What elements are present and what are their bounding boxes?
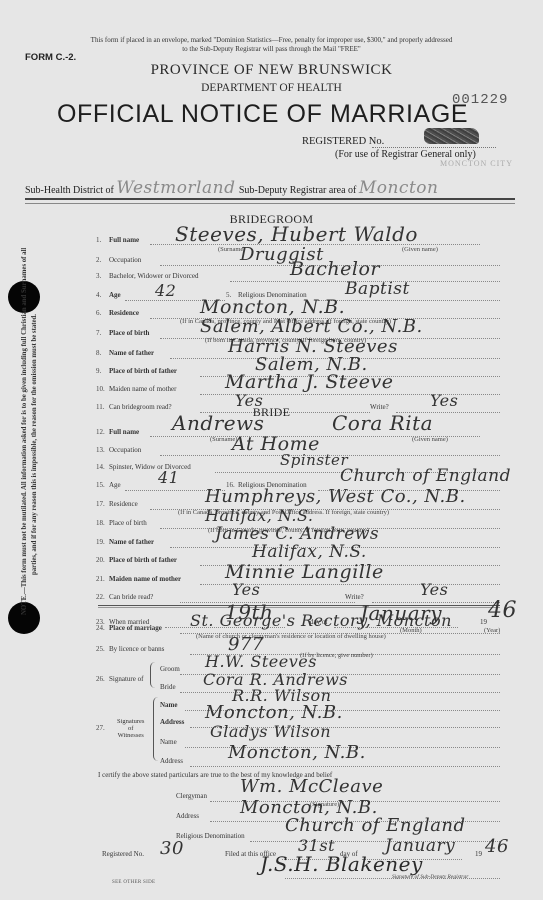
field-number: 25. (96, 645, 110, 653)
field-number: 8. (96, 349, 110, 357)
witnesses-label-line1: Signatures (117, 718, 144, 725)
groom-age-value: 42 (155, 281, 176, 300)
groom-mother-value: Martha J. Steeve (225, 371, 393, 393)
field-number: 9. (96, 367, 110, 375)
sub-health-value: Westmorland (116, 178, 236, 199)
place-caption: (Name of church or clergyman's residence… (196, 633, 386, 640)
groom-signature-value: H.W. Steeves (205, 652, 317, 671)
field-number: 13. (96, 446, 110, 454)
bride-heading: BRIDE (0, 405, 543, 420)
clergyman-denomination-label: Religious Denomination (176, 832, 245, 840)
field-number: 2. (96, 256, 110, 264)
field-number: 19. (96, 538, 110, 546)
groom-residence-label: Residence (109, 309, 139, 317)
header-separator (25, 198, 515, 204)
document-title: OFFICIAL NOTICE OF MARRIAGE (57, 100, 468, 129)
witnesses-label-line2: of (117, 725, 144, 732)
field-number: 6. (96, 309, 110, 317)
signature-brace (150, 662, 155, 688)
bride-surname-value: Andrews (172, 411, 264, 435)
serial-number: 001229 (452, 92, 508, 108)
field-number: 1. (96, 236, 110, 244)
groom-fullname-value: Steeves, Hubert Waldo (175, 222, 418, 246)
licence-label: By licence or banns (109, 645, 164, 653)
field-number: 3. (96, 272, 110, 280)
bride-read-value: Yes (232, 580, 260, 599)
field-number: 22. (96, 593, 110, 601)
place-of-marriage-label: Place of marriage (109, 624, 162, 632)
bride-signature-label: Bride (160, 683, 176, 691)
redacted-scribble (424, 128, 479, 144)
groom-marital-label: Bachelor, Widower or Divorced (109, 272, 199, 280)
witnesses-label: Signatures of Witnesses (117, 718, 144, 739)
groom-father-label: Name of father (109, 349, 154, 357)
witnesses-label-line3: Witnesses (117, 732, 144, 739)
sub-deputy-label: Sub-Deputy Registrar area of (239, 185, 356, 196)
clergyman-label: Clergyman (176, 792, 207, 800)
groom-fullname-label: Full name (109, 236, 139, 244)
field-number: 20. (96, 556, 110, 564)
bride-given-value: Cora Rita (332, 411, 433, 435)
sub-health-label: Sub-Health District of (25, 185, 114, 196)
see-other-side: SEE OTHER SIDE (112, 880, 155, 885)
field-number: 26. (96, 675, 110, 683)
bride-age-label: Age (109, 481, 121, 489)
groom-mother-label: Maiden name of mother (109, 385, 176, 393)
married-year-value: 46 (488, 598, 517, 623)
bride-father-birthplace-label: Place of birth of father (109, 556, 177, 564)
groom-marital-value: Bachelor (290, 258, 380, 280)
bride-birthplace-label: Place of birth (109, 519, 147, 527)
faint-stamp: MONCTON CITY (440, 159, 513, 168)
bride-fullname-label: Full name (109, 428, 139, 436)
groom-signature-label: Groom (160, 665, 180, 673)
postal-notice: This form if placed in an envelope, mark… (0, 36, 543, 54)
bride-read-label: Can bride read? (109, 593, 153, 601)
clergyman-denomination-value: Church of England (285, 815, 466, 836)
given-name-caption: (Given name) (402, 246, 438, 253)
witness2-address-value: Moncton, N.B. (228, 742, 366, 763)
field-number: 10. (96, 385, 110, 393)
field-number: 27. (96, 724, 110, 732)
field-number: 14. (96, 463, 110, 471)
registrar-signature-value: J.S.H. Blakeney (260, 852, 423, 876)
registered-no-bottom-label: Registered No. (102, 850, 144, 858)
postal-notice-line2: to the Sub-Deputy Registrar will pass th… (0, 45, 543, 54)
field-number: 4. (96, 291, 110, 299)
postal-notice-line1: This form if placed in an envelope, mark… (0, 36, 543, 45)
groom-birthplace-label: Place of birth (109, 329, 149, 337)
field-number: 15. (96, 481, 110, 489)
groom-religion-value: Baptist (345, 279, 410, 299)
bride-father-label: Name of father (109, 538, 154, 546)
province-heading: PROVINCE OF NEW BRUNSWICK (0, 62, 543, 79)
groom-residence-value: Moncton, N.B. (200, 296, 345, 318)
groom-birthplace-value: Salem, Albert Co., N.B. (200, 316, 423, 337)
groom-age-label: Age (109, 291, 121, 299)
bride-residence-label: Residence (109, 500, 138, 508)
filed-year-value: 46 (485, 836, 509, 857)
bride-occupation-label: Occupation (109, 446, 141, 454)
bride-birthplace-value: Halifax, N.S. (205, 506, 313, 525)
field-number: 12. (96, 428, 110, 436)
field-number: 7. (96, 329, 110, 337)
bride-father-birthplace-value: Halifax, N.S. (252, 542, 367, 562)
bride-write-label: Write? (345, 593, 364, 601)
field-number: 17. (96, 500, 110, 508)
witness2-name-value: Gladys Wilson (210, 722, 331, 741)
bride-age-value: 41 (158, 468, 179, 487)
witness1-name-label: Name (160, 701, 178, 709)
bride-residence-value: Humphreys, West Co., N.B. (205, 486, 466, 507)
place-of-marriage-value: St. George's Rectory, Moncton (190, 611, 452, 630)
clergyman-address-label: Address (176, 812, 199, 820)
signature-of-label: Signature of (109, 675, 143, 683)
sub-deputy-value: Moncton (359, 178, 459, 199)
witness1-address-value: Moncton, N.B. (205, 702, 343, 723)
bride-marital-value: Spinster (280, 451, 348, 469)
witness1-address-label: Address (160, 718, 184, 726)
registrar-signature-caption: Signature of Sub-Deputy Registrar (392, 874, 468, 880)
bride-write-value: Yes (420, 580, 448, 599)
bride-religion-value: Church of England (340, 466, 511, 486)
filed-year-prefix: 19 (475, 850, 482, 858)
field-number: 24. (96, 624, 110, 632)
groom-father-birthplace-label: Place of birth of father (109, 367, 177, 375)
clergyman-signature-value: Wm. McCleave (240, 776, 383, 797)
district-line: Sub-Health District of Westmorland Sub-D… (25, 178, 515, 199)
bride-mother-label: Maiden name of mother (109, 575, 181, 583)
given-name-caption: (Given name) (412, 436, 448, 443)
registered-no-bottom-value: 30 (160, 838, 184, 859)
witness2-address-label: Address (160, 757, 183, 765)
field-number: 21. (96, 575, 110, 583)
witnesses-brace (153, 697, 158, 761)
witness2-name-label: Name (160, 738, 177, 746)
bride-father-value: James C. Andrews (215, 524, 379, 544)
groom-occupation-label: Occupation (109, 256, 141, 264)
field-number: 18. (96, 519, 110, 527)
